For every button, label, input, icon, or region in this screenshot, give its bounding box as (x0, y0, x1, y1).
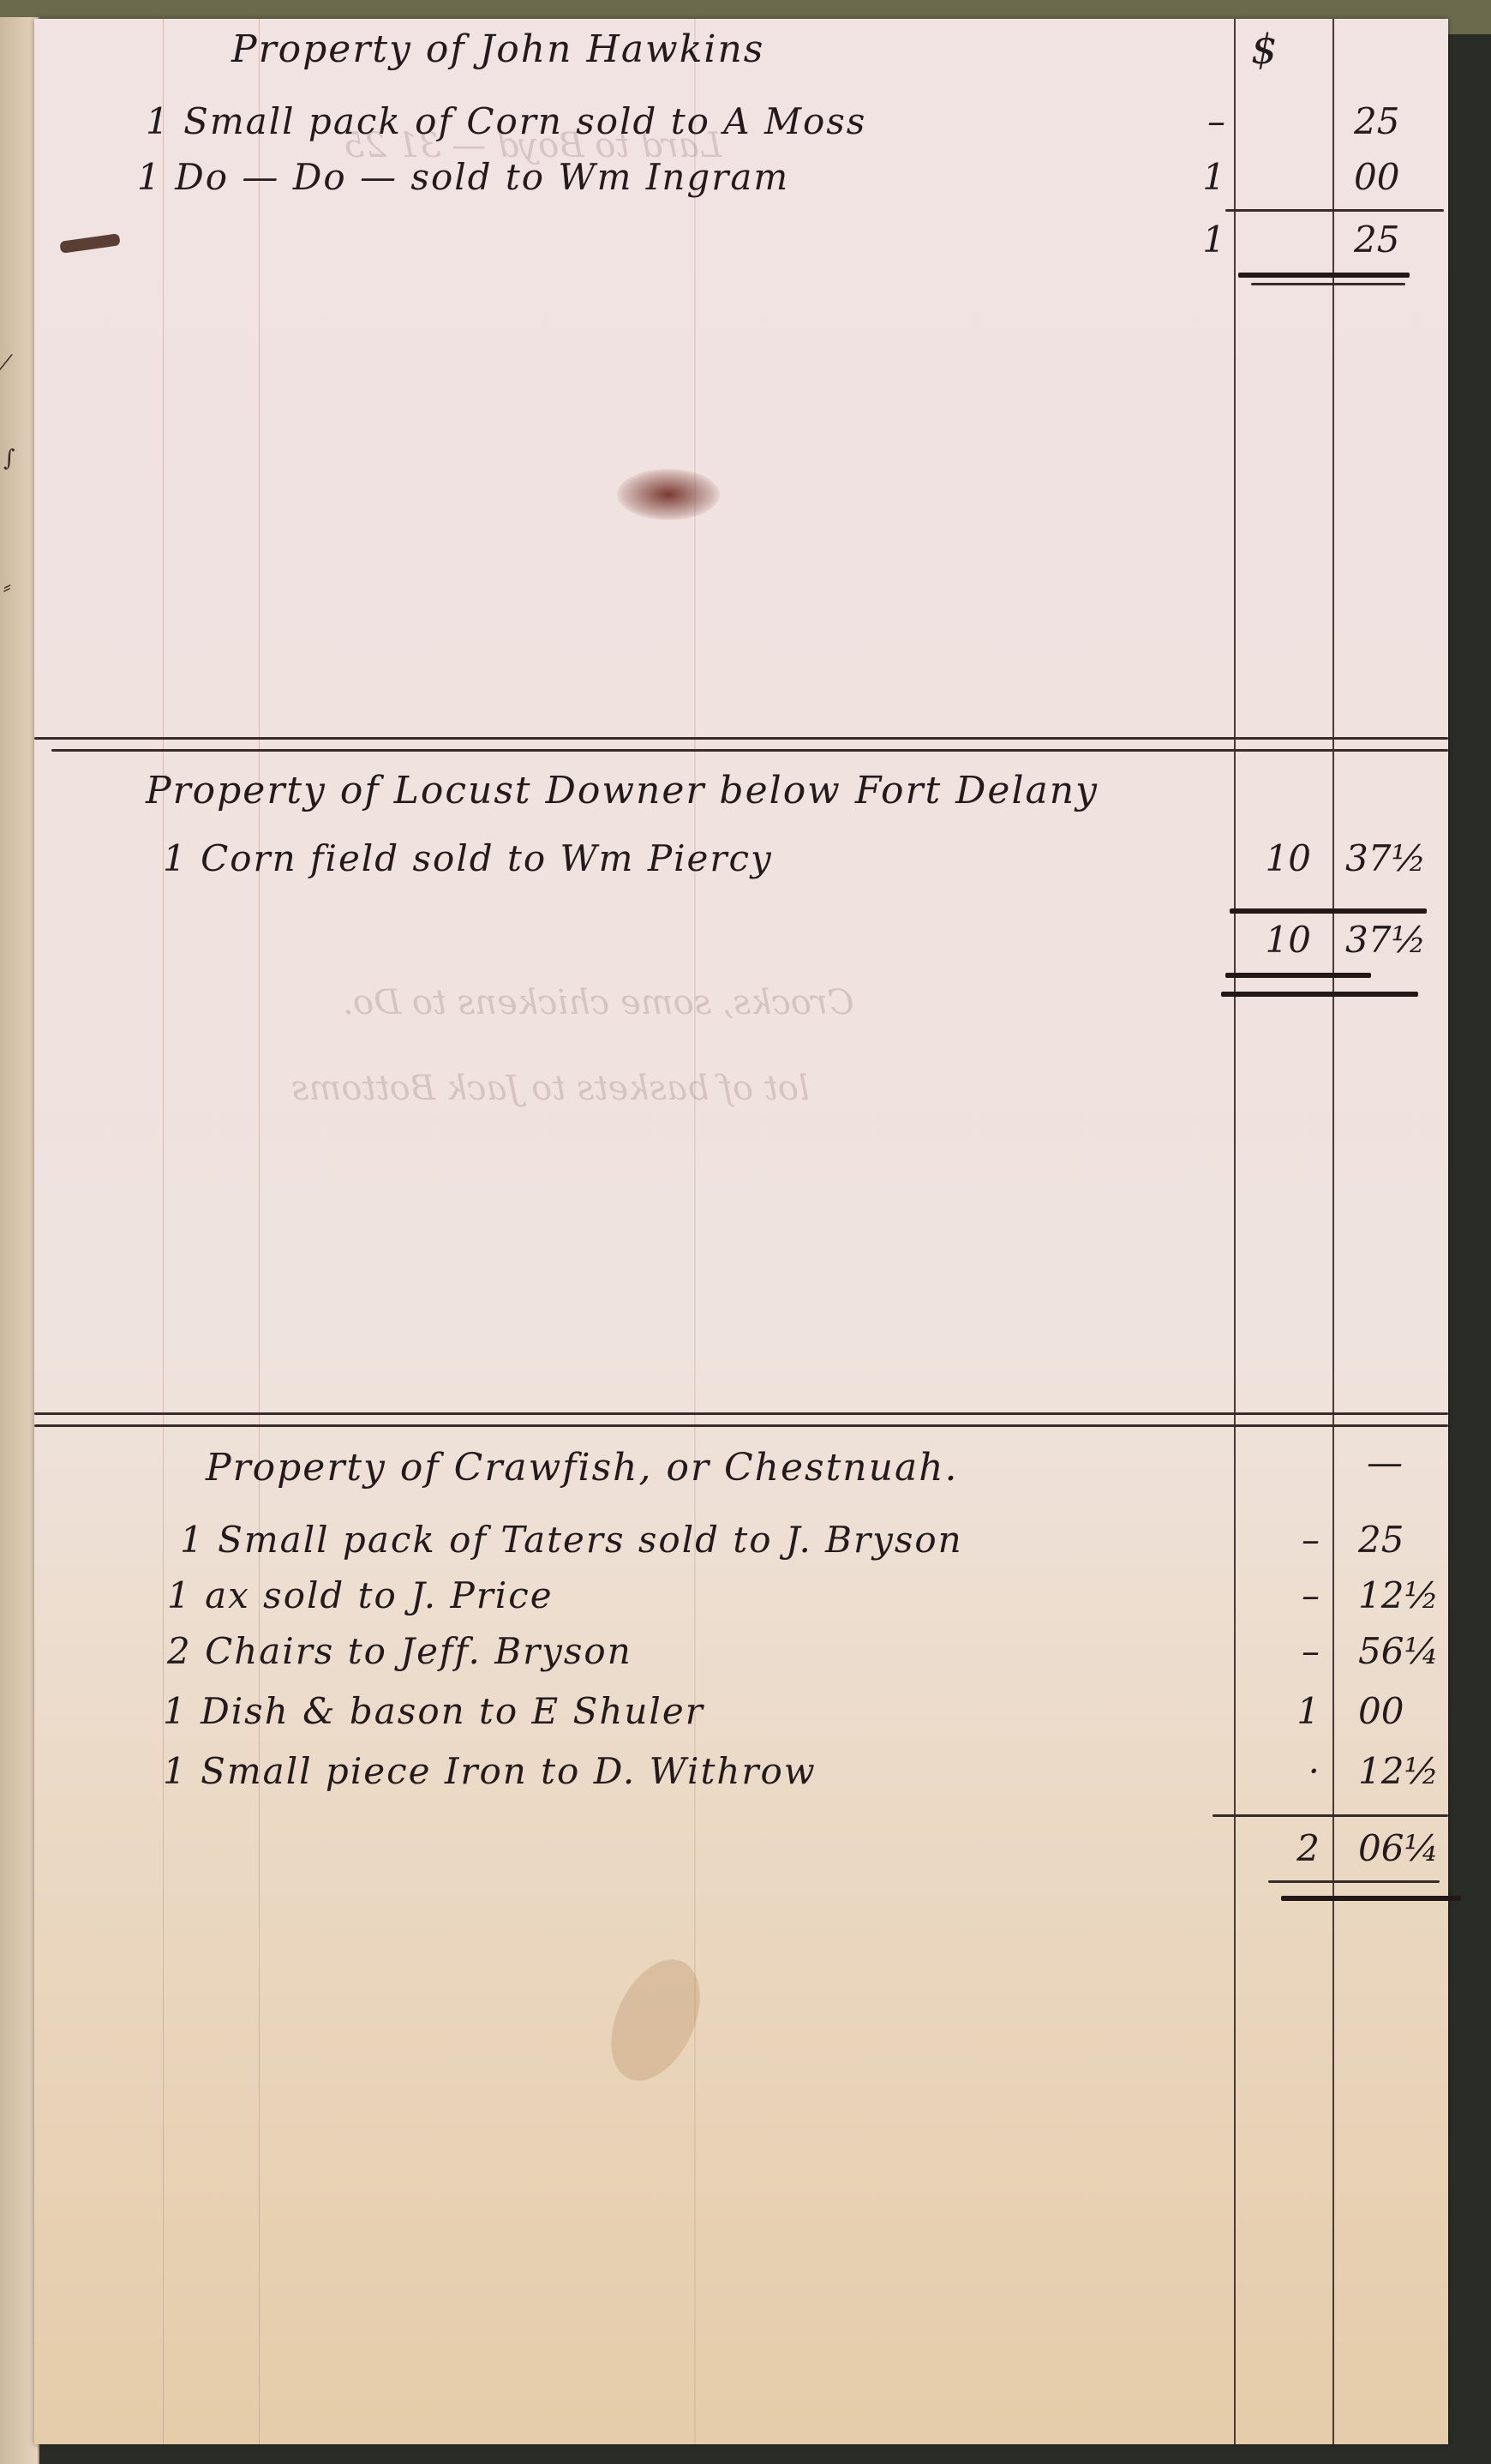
currency-header: $ (1251, 26, 1278, 74)
margin-rule (259, 19, 260, 2444)
total-double-rule (1281, 1896, 1461, 1901)
entry-dollars: 10 (1234, 837, 1311, 879)
sum-rule (1230, 908, 1427, 914)
water-stain (594, 1945, 718, 2095)
total-double-rule (1238, 273, 1410, 278)
entry-cents: 00 (1354, 156, 1482, 198)
ink-stain (617, 469, 720, 520)
entry-cents: 56¼ (1358, 1630, 1487, 1672)
sum-rule (1213, 1814, 1448, 1817)
entry-description: 1 Do — Do — sold to Wm Ingram (137, 156, 789, 198)
dollars-column-rule (1234, 19, 1236, 2444)
adjacent-page-scribble: ⁄ (3, 351, 7, 377)
entry-description: 1 Small piece Iron to D. Withrow (163, 1750, 817, 1792)
entry-cents: 37½ (1345, 837, 1474, 879)
entry-cents: 25 (1354, 100, 1482, 142)
paper-fold (694, 19, 696, 2444)
entry-dollars: · (1242, 1750, 1320, 1792)
entry-cents: 12½ (1358, 1750, 1487, 1792)
entry-cents: 25 (1358, 1519, 1487, 1561)
entry-dollars: – (1242, 1630, 1320, 1672)
entry-cents: 00 (1358, 1690, 1487, 1732)
total-double-rule (1221, 992, 1418, 997)
margin-rule (163, 19, 164, 2444)
entry-description: 1 Small pack of Corn sold to A Moss (146, 100, 866, 142)
total-dollars: 1 (1148, 219, 1225, 261)
sum-rule (1225, 209, 1444, 212)
ink-smudge (59, 233, 120, 254)
total-cents: 06¼ (1358, 1827, 1487, 1869)
total-dollars: 10 (1234, 919, 1311, 961)
entry-dollars: 1 (1148, 156, 1225, 198)
total-double-rule (1251, 283, 1405, 285)
section-divider (34, 737, 1448, 740)
entry-description: 1 ax sold to J. Price (167, 1574, 554, 1616)
total-double-rule (1225, 973, 1371, 978)
section-title: Property of John Hawkins (231, 27, 764, 71)
entry-dollars: – (1242, 1519, 1320, 1561)
entry-cents: 12½ (1358, 1574, 1487, 1616)
section-title: Property of Locust Downer below Fort Del… (146, 769, 1099, 812)
total-cents: 37½ (1345, 919, 1474, 961)
entry-dollars: – (1242, 1574, 1320, 1616)
total-dollars: 2 (1242, 1827, 1320, 1869)
entry-description: 1 Corn field sold to Wm Piercy (163, 837, 773, 879)
total-double-rule (1268, 1880, 1440, 1883)
entry-dollars: – (1148, 100, 1225, 142)
entry-dollars: 1 (1242, 1690, 1320, 1732)
adjacent-page-scribble: ∫ (3, 446, 15, 471)
adjacent-page-scribble: ⸗ (3, 574, 11, 600)
bleed-through-text: Crocks, some chickens to Do. (343, 983, 854, 1022)
ledger-sheet: Lard to Boyd — 31 25 Crocks, some chicke… (34, 19, 1448, 2444)
section-divider (34, 1412, 1448, 1415)
total-cents: 25 (1354, 219, 1482, 261)
section-divider (51, 749, 1448, 752)
section-divider (34, 1424, 1448, 1427)
entry-description: 2 Chairs to Jeff. Bryson (167, 1630, 632, 1672)
section-title: Property of Crawfish, or Chestnuah. (206, 1446, 959, 1490)
title-mark: — (1367, 1442, 1403, 1484)
bleed-through-text: lot of baskets to Jack Bottoms (291, 1069, 810, 1108)
entry-description: 1 Dish & bason to E Shuler (163, 1690, 704, 1732)
entry-description: 1 Small pack of Taters sold to J. Bryson (180, 1519, 963, 1561)
cents-column-rule (1332, 19, 1334, 2444)
